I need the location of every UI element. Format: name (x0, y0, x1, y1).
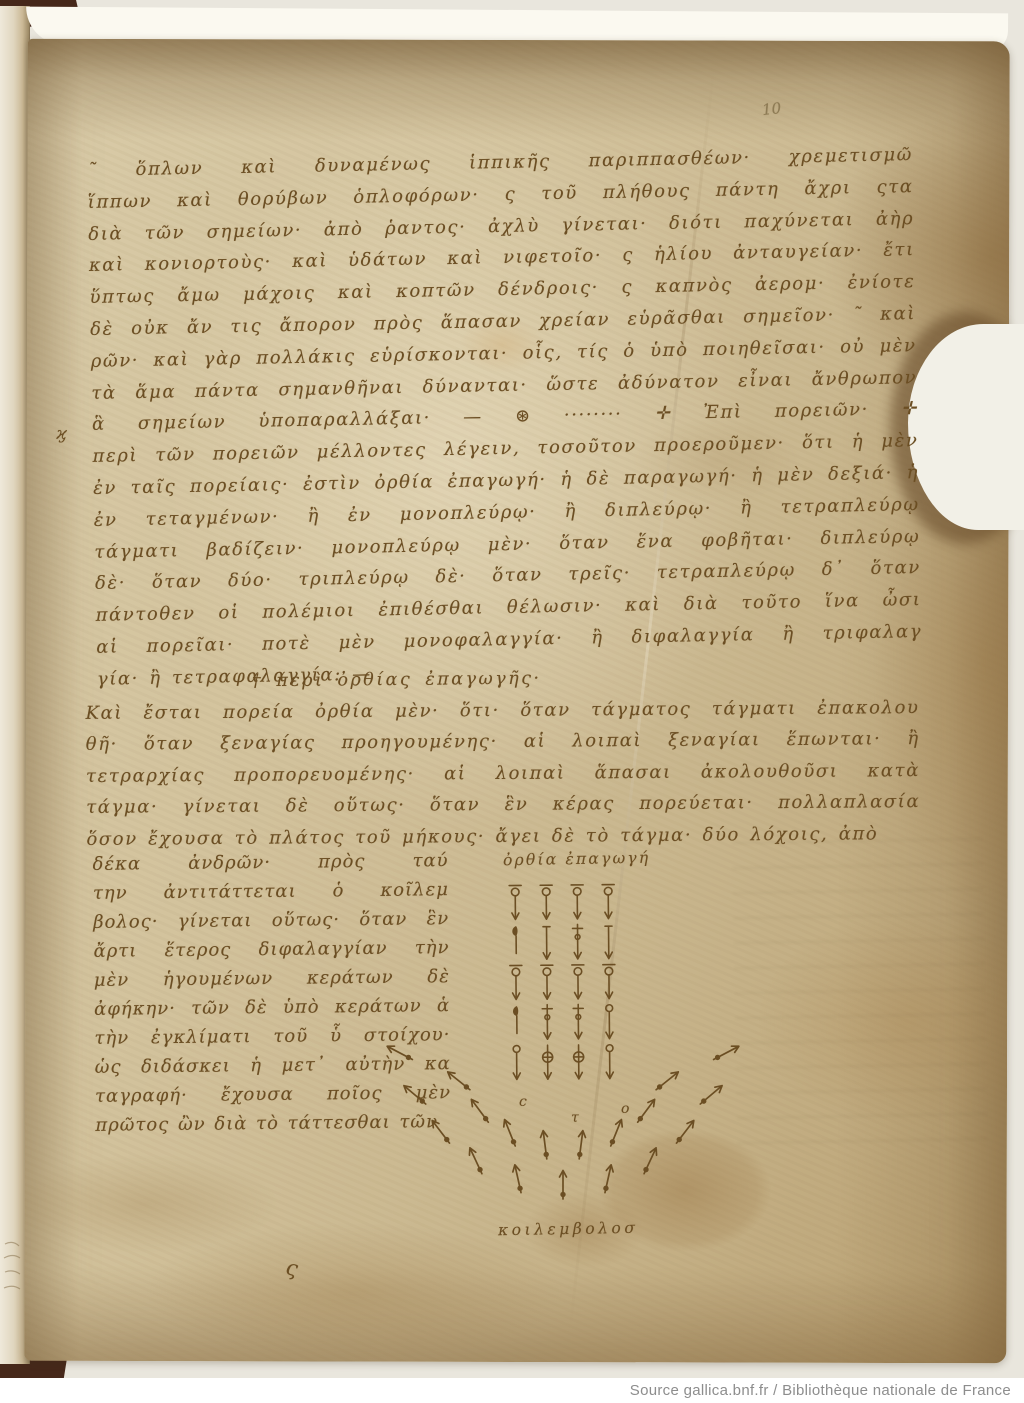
folio-number: 10 (761, 99, 782, 119)
soldier-symbol-arrow (600, 922, 616, 962)
soldier-symbol-circle (601, 1002, 617, 1042)
manuscript-scan: 10 ῀ ὅπλων καὶ δυναμένως ἱππικῆς παριππα… (0, 0, 1024, 1403)
soldier-symbol-cross (569, 922, 585, 962)
soldier-symbol-drop (507, 922, 523, 962)
grid-cell (570, 962, 601, 1002)
left-edge-showthrough-scribbles (2, 1238, 24, 1328)
manuscript-line: μὲν ἡγουμένων κεράτων δὲ (94, 966, 450, 999)
soldier-symbol-tbar (538, 882, 554, 922)
grid-cell (539, 962, 570, 1002)
soldier-symbol-tbar (600, 882, 616, 922)
stray-letter: ο (621, 1101, 629, 1117)
grid-cell (540, 1042, 571, 1082)
soldier-symbol-cross (539, 1002, 555, 1042)
epagoge-soldier-grid (507, 881, 633, 1082)
grid-cell (509, 1042, 540, 1082)
manuscript-line: ἀφήκην· τῶν δὲ ὑπὸ κεράτων ἁ (94, 995, 450, 1028)
soldier-symbol-circle (602, 1042, 618, 1082)
soldier-symbol-circle (509, 1042, 525, 1082)
marginal-kai-mark: ϗ (56, 424, 67, 444)
soldier-symbol-phi (571, 1042, 587, 1082)
grid-cell (539, 1002, 570, 1042)
grid-cell (569, 922, 600, 962)
grid-cell (600, 921, 631, 961)
stray-letter: τ (571, 1110, 579, 1126)
soldier-symbol-phi (540, 1042, 556, 1082)
epagoge-diagram-label: ὀρθία ἐπαγωγή (503, 849, 651, 870)
text-block-2: Καὶ ἔσται πορεία ὀρθία μὲν· ὅτι· ὅταν τά… (85, 697, 920, 860)
grid-cell (570, 1002, 601, 1042)
soldier-symbol-cross (570, 1002, 586, 1042)
stray-letter: c (519, 1094, 527, 1110)
grid-cell (571, 1042, 602, 1082)
soldier-symbol-tbar (569, 882, 585, 922)
grid-cell (601, 961, 632, 1001)
soldier-symbol-tbar (570, 962, 586, 1002)
manuscript-line: βολος· γίνεται οὕτως· ὅταν ἓν (93, 908, 449, 941)
manuscript-line: ὡς διδάσκει ἡ μετ᾽ αὐτὴν κα (95, 1053, 451, 1086)
grid-cell (538, 922, 569, 962)
grid-cell (569, 882, 600, 922)
soldier-symbol-drop (508, 1002, 524, 1042)
manuscript-line: δέκα ἀνδρῶν· πρὸς ταύ (92, 850, 448, 883)
soldier-symbol-tbar (601, 962, 617, 1002)
grid-cell (508, 1002, 539, 1042)
soldier-symbol-arrow (538, 922, 554, 962)
manuscript-line: ἄρτι ἕτερος διφαλαγγίαν τὴν (93, 937, 449, 970)
manuscript-line: τὴν ἐγκλίματι τοῦ ὗ στοίχου· (94, 1024, 450, 1057)
soldier-symbol-tbar (508, 962, 524, 1002)
manuscript-line: πρῶτος ὢν διὰ τὸ τάττεσθαι τῶν (95, 1111, 451, 1144)
grid-cell (601, 1001, 632, 1041)
ink-bleedthrough (732, 838, 988, 1162)
grid-cell (538, 882, 569, 922)
source-attribution-bar: Source gallica.bnf.fr / Bibliothèque nat… (0, 1378, 1024, 1403)
grid-cell (507, 922, 538, 962)
manuscript-line: την ἀντιτάττεται ὁ κοῖλεμ (93, 879, 449, 912)
manuscript-line: ταγραφή· ἔχουσα ποῖος μὲν (95, 1082, 451, 1115)
soldier-symbol-tbar (539, 962, 555, 1002)
soldier-symbol-tbar (507, 882, 523, 922)
grid-cell (602, 1041, 633, 1081)
chapter-heading: † περὶ ὀρθίας ἐπαγωγῆς· (252, 669, 542, 692)
grid-cell (507, 882, 538, 922)
source-attribution-text: Source gallica.bnf.fr / Bibliothèque nat… (630, 1382, 1024, 1399)
text-left-column: δέκα ἀνδρῶν· πρὸς ταύτην ἀντιτάττεται ὁ … (92, 850, 451, 1144)
grid-cell (600, 881, 631, 921)
grid-cell (508, 962, 539, 1002)
koilembolos-caption: κοιλεμβολοσ (498, 1219, 639, 1239)
text-block-1: ῀ ὅπλων καὶ δυναμένως ἱππικῆς παριππασθέ… (87, 144, 923, 700)
